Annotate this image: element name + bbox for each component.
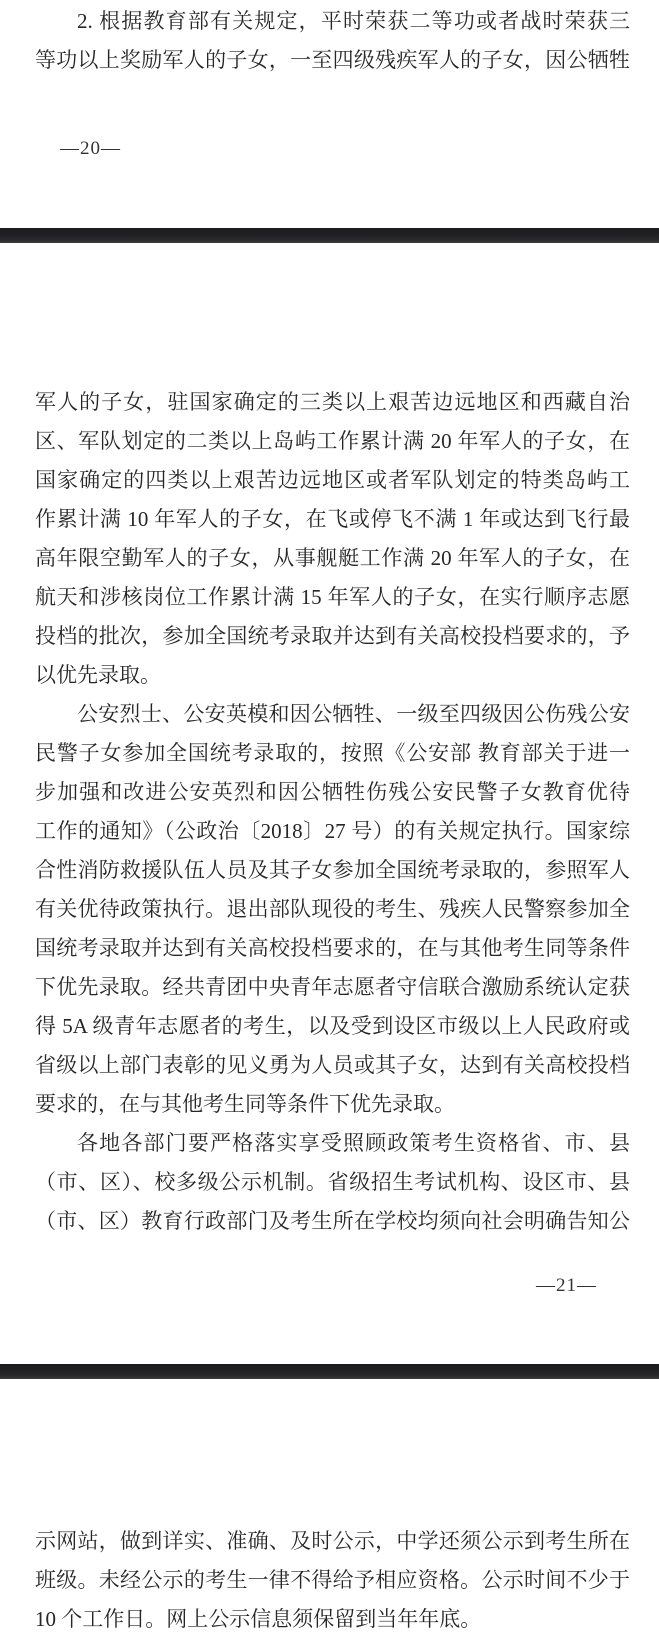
page-20-bottom: 2. 根据教育部有关规定，平时荣获二等功或者战时荣获三 等功以上奖励军人的子女，… — [0, 0, 659, 228]
text-line: 10 个工作日。网上公示信息须保留到当年年底。 — [35, 1600, 630, 1639]
page-22-top: 示网站，做到详实、准确、及时公示，中学还须公示到考生所在 班级。未经公示的考生一… — [0, 1379, 659, 1643]
text-line: 国家确定的四类以上艰苦边远地区或者军队划定的特类岛屿工 — [35, 461, 630, 500]
text-line: 区、军队划定的二类以上岛屿工作累计满 20 年军人的子女，在 — [35, 422, 630, 461]
text-line: （市、区）教育行政部门及考生所在学校均须向社会明确告知公 — [35, 1202, 630, 1241]
pdf-document-view: 2. 根据教育部有关规定，平时荣获二等功或者战时荣获三 等功以上奖励军人的子女，… — [0, 0, 659, 1643]
page-number-20: —20— — [60, 138, 121, 160]
text-line: 国统考录取并达到有关高校投档要求的，在与其他考生同等条件 — [35, 929, 630, 968]
text-line: 民警子女参加全国统考录取的，按照《公安部 教育部关于进一 — [35, 734, 630, 773]
text-line: 班级。未经公示的考生一律不得给予相应资格。公示时间不少于 — [35, 1561, 630, 1600]
text-line: 合性消防救援队伍人员及其子女参加全国统考录取的，参照军人 — [35, 851, 630, 890]
text-line: 各地各部门要严格落实享受照顾政策考生资格省、市、县 — [35, 1124, 630, 1163]
text-line: 航天和涉核岗位工作累计满 15 年军人的子女，在实行顺序志愿 — [35, 578, 630, 617]
text-line: 下优先录取。经共青团中央青年志愿者守信联合激励系统认定获 — [35, 968, 630, 1007]
page-20-text-block: 2. 根据教育部有关规定，平时荣获二等功或者战时荣获三 等功以上奖励军人的子女，… — [0, 0, 659, 80]
text-line: 作累计满 10 年军人的子女，在飞或停飞不满 1 年或达到飞行最 — [35, 500, 630, 539]
text-line: 公安烈士、公安英模和因公牺牲、一级至四级因公伤残公安 — [35, 695, 630, 734]
text-line: 投档的批次，参加全国统考录取并达到有关高校投档要求的，予 — [35, 617, 630, 656]
text-line: 步加强和改进公安英烈和因公牺牲伤残公安民警子女教育优待 — [35, 773, 630, 812]
text-line: 示网站，做到详实、准确、及时公示，中学还须公示到考生所在 — [35, 1522, 630, 1561]
text-line: 省级以上部门表彰的见义勇为人员或其子女，达到有关高校投档 — [35, 1046, 630, 1085]
page-21: 军人的子女，驻国家确定的三类以上艰苦边远地区和西藏自治 区、军队划定的二类以上岛… — [0, 243, 659, 1364]
page-21-text-block: 军人的子女，驻国家确定的三类以上艰苦边远地区和西藏自治 区、军队划定的二类以上岛… — [0, 243, 659, 1241]
text-line: 高年限空勤军人的子女，从事舰艇工作满 20 年军人的子女，在 — [35, 539, 630, 578]
text-line: 得 5A 级青年志愿者的考生，以及受到设区市级以上人民政府或 — [35, 1007, 630, 1046]
page-22-text-block: 示网站，做到详实、准确、及时公示，中学还须公示到考生所在 班级。未经公示的考生一… — [0, 1379, 659, 1639]
page-separator — [0, 1364, 659, 1379]
text-line: 要求的，在与其他考生同等条件下优先录取。 — [35, 1085, 630, 1124]
text-line: 2. 根据教育部有关规定，平时荣获二等功或者战时荣获三 — [35, 2, 630, 41]
page-separator — [0, 228, 659, 243]
text-line: （市、区）、校多级公示机制。省级招生考试机构、设区市、县 — [35, 1163, 630, 1202]
text-line: 以优先录取。 — [35, 656, 630, 695]
text-line: 工作的通知》（公政治〔2018〕27 号）的有关规定执行。国家综 — [35, 812, 630, 851]
text-line: 有关优待政策执行。退出部队现役的考生、残疾人民警察参加全 — [35, 890, 630, 929]
page-number-21: —21— — [536, 1275, 597, 1297]
text-line: 等功以上奖励军人的子女，一至四级残疾军人的子女，因公牺牲 — [35, 41, 630, 80]
text-line: 军人的子女，驻国家确定的三类以上艰苦边远地区和西藏自治 — [35, 383, 630, 422]
